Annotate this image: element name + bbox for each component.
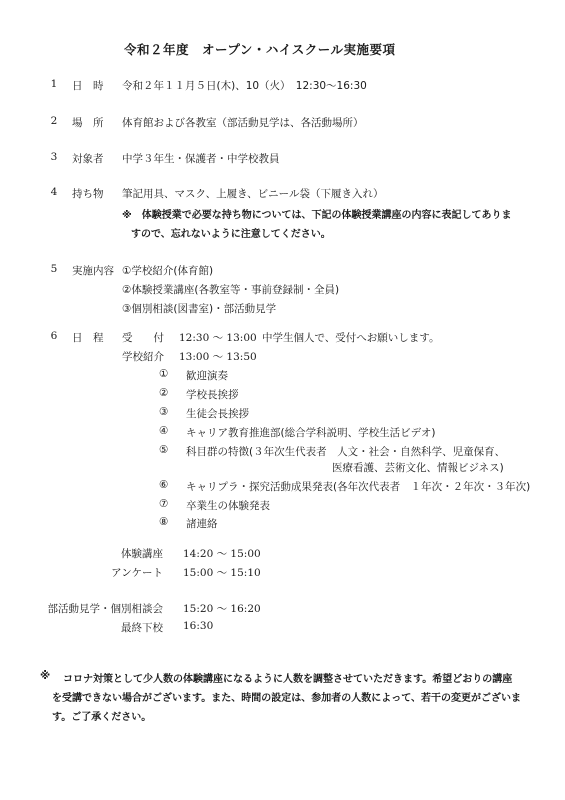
section-1-number: 1 (47, 78, 61, 90)
section-4-note-line2: すので、忘れないように注意してください。 (131, 225, 331, 240)
section-2-label: 場 所 (72, 115, 104, 130)
section-1-label: 日 時 (72, 78, 104, 93)
section-5-item: ①学校紹介(体育館) (122, 263, 213, 278)
section-5-item: ③個別相談(図書室)・部活動見学 (122, 301, 276, 316)
section-3-content: 中学３年生・保護者・中学校教員 (122, 151, 280, 166)
schedule-later-label: 体験講座 (40, 546, 163, 561)
program-mark: ② (159, 387, 168, 399)
program-mark: ⑧ (159, 516, 168, 528)
section-5-label: 実施内容 (72, 263, 114, 278)
program-item: 生徒会長挨拶 (186, 406, 249, 421)
footer-note-line3: す。ご了承ください。 (52, 708, 151, 723)
program-mark: ⑥ (159, 479, 168, 491)
schedule-reception-label: 受 付 (122, 330, 164, 345)
schedule-later-label: アンケート (40, 565, 163, 580)
section-1-content: 令和２年１１月５日(木)、10（火） 12:30～16:30 (122, 78, 367, 93)
section-4-note-line1: ※ 体験授業で必要な持ち物については、下記の体験授業講座の内容に表記してありま (122, 206, 512, 221)
schedule-reception-note: 中学生個人で、受付へお願いします。 (262, 330, 439, 345)
schedule-later-time: 14:20 ～ 15:00 (183, 546, 261, 561)
program-item: 学校長挨拶 (186, 387, 239, 402)
section-3-label: 対象者 (72, 151, 104, 166)
section-4-label: 持ち物 (72, 186, 104, 201)
program-item: キャリア教育推進部(総合学科説明、学校生活ビデオ) (186, 425, 435, 440)
section-6-number: 6 (47, 330, 61, 342)
program-mark: ④ (159, 425, 168, 437)
program-item: 諸連絡 (186, 516, 218, 531)
schedule-later-label: 最終下校 (40, 620, 163, 635)
section-5-item: ②体験授業講座(各教室等・事前登録制・全員) (122, 282, 339, 297)
program-item: 卒業生の体験発表 (186, 498, 270, 513)
program-mark: ⑦ (159, 498, 168, 510)
schedule-later-time: 16:30 (183, 620, 213, 632)
program-mark: ③ (159, 406, 168, 418)
schedule-school-intro-label: 学校紹介 (122, 349, 164, 364)
program-item: 歓迎演奏 (186, 368, 228, 383)
section-6-label: 日 程 (72, 330, 104, 345)
schedule-later-time: 15:20 ～ 16:20 (183, 601, 261, 616)
schedule-reception-time: 12:30 ～ 13:00 (179, 330, 257, 345)
program-mark: ① (159, 368, 168, 380)
page-title: 令和２年度 オープン・ハイスクール実施要項 (124, 40, 396, 58)
section-5-number: 5 (47, 263, 61, 275)
program-item: キャリプラ・探究活動成果発表(各年次代表者 １年次・２年次・３年次) (186, 479, 530, 494)
footer-note-line1: コロナ対策として少人数の体験講座になるように人数を調整させていただきます。希望ど… (63, 670, 512, 685)
section-2-content: 体育館および各教室（部活動見学は、各活動場所） (122, 115, 364, 130)
section-4-number: 4 (47, 186, 61, 198)
section-4-content: 筆記用具、マスク、上履き、ビニール袋（下履き入れ） (122, 186, 383, 201)
footer-note-line2: を受講できない場合がございます。また、時間の設定は、参加者の人数によって、若干の… (52, 689, 521, 704)
section-3-number: 3 (47, 151, 61, 163)
schedule-later-label: 部活動見学・個別相談会 (40, 601, 163, 616)
program-item-continuation: 医療看護、芸術文化、情報ビジネス) (332, 460, 504, 475)
schedule-later-time: 15:00 ～ 15:10 (183, 565, 261, 580)
program-item: 科目群の特徴(３年次生代表者 人文・社会・自然科学、児童保育、 (186, 444, 505, 459)
program-mark: ⑤ (159, 444, 168, 456)
section-2-number: 2 (47, 115, 61, 127)
footer-note-mark: ※ (40, 670, 50, 682)
schedule-school-intro-time: 13:00 ～ 13:50 (179, 349, 257, 364)
